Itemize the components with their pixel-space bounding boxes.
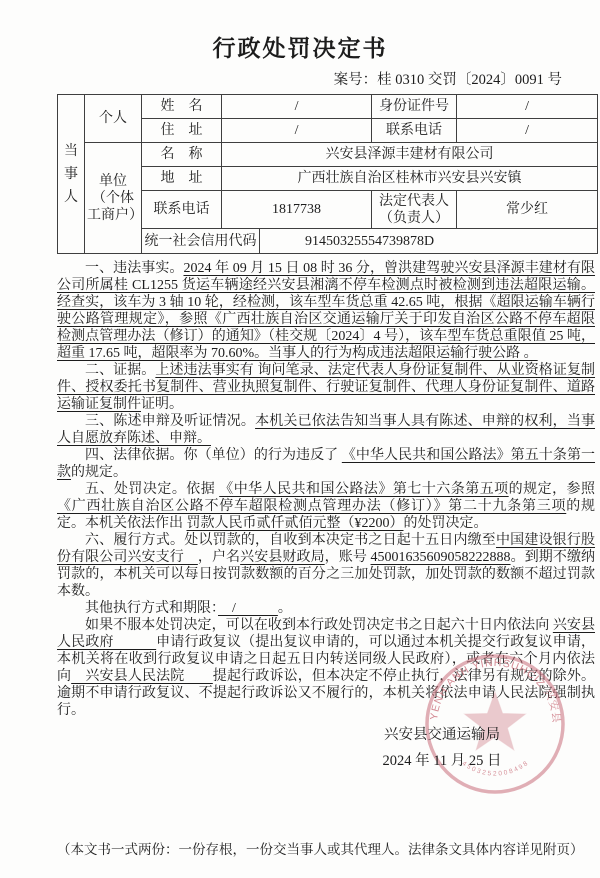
text-run: 的规定，参照 [509,482,595,497]
party-info-table: 当事人 个人 姓 名 / 身份证件号 / 住 址 / 联系电话 / 单位 （个体… [57,94,598,254]
paragraph-other-execution: 其他执行方式和期限： / 。 [57,600,595,617]
org-phone-value: 1817738 [222,191,372,229]
text-run: 五、处罚决定。依据 [85,482,219,497]
text-run: ，账号 [325,550,371,565]
org-group-cell: 单位 （个体 工商户） [85,143,142,254]
table-row: 当事人 个人 姓 名 / 身份证件号 / [58,95,598,119]
individual-id-value: / [457,95,598,119]
individual-residence-value: / [222,119,372,143]
penalty-decision-document: 行政处罚决定书 案号：桂 0310 交罚〔2024〕0091 号 当事人 个人 … [0,0,600,878]
org-name-label: 名 称 [142,143,222,167]
paragraph-evidence: 二、证据。上述违法事实有 询问笔录、法定代表人身份证复制件、从业资格证复制件、授… [57,362,595,413]
individual-id-label: 身份证件号 [372,95,457,119]
legal-rep-value: 常少红 [457,191,598,229]
text-run: 45001635609058222888 [371,550,511,565]
org-group-label-line1: 单位 [87,173,139,190]
individual-phone-value: / [457,119,598,143]
individual-name-label: 姓 名 [142,95,222,119]
text-run: 的处罚决定。 [404,516,488,531]
text-run: 如果不服本处罚决定，可以在收到本行政处罚决定书之日起六十日内依法向 [85,618,553,633]
text-run: 兴安县人民法院 [71,669,213,684]
org-group-label-line3: 工商户） [87,207,139,224]
org-name-value: 兴安县泽源丰建材有限公司 [222,143,598,167]
text-run: 。 [278,601,292,616]
text-run: / [218,601,278,616]
individual-phone-label: 联系电话 [372,119,457,143]
text-run: 兴安县财政局 [240,550,325,565]
text-run: 罚款人民币贰仟贰佰元整（¥2200） [187,516,404,531]
party-side-header: 当事人 [58,95,85,254]
text-run: 其他执行方式和期限： [85,601,218,616]
org-address-label: 地 址 [142,167,222,191]
org-group-label-line2: （个体 [87,190,139,207]
org-address-value: 广西壮族自治区桂林市兴安县兴安镇 [222,167,598,191]
credit-code-label: 统一社会信用代码 [142,229,260,254]
paragraph-performance-method: 六、履行方式。处以罚款的，自收到本决定书之日起十五日内缴至中国建设银行股份有限公… [57,532,595,600]
text-run: 二、证据。 [85,363,155,378]
credit-code-value: 91450325554739878D [260,229,598,254]
document-title: 行政处罚决定书 [0,0,600,63]
text-run: 一、违法事实。 [85,261,184,276]
footer-note: （本文书一式两份：一份存根，一份交当事人或其代理人。法律条文具体内容详见附页） [57,838,595,858]
table-row: 单位 （个体 工商户） 名 称 兴安县泽源丰建材有限公司 [58,143,598,167]
text-run: 的规定。 [71,465,127,480]
legal-rep-label-line1: 法定代表人 [374,193,454,210]
text-run: ，户名 [198,550,240,565]
party-side-header-label: 当事人 [64,140,78,209]
closing-agency: 兴安县交通运输局 [332,722,552,748]
closing-date: 2024 年 11 月 25 日 [332,748,552,774]
paragraph-illegal-facts: 一、违法事实。2024 年 09 月 15 日 08 时 36 分，曾洪建驾驶兴… [57,260,595,362]
text-run: 2024 年 09 月 15 日 08 时 36 分，曾洪建驾驶兴安县泽源丰建材… [57,261,595,361]
legal-rep-label: 法定代表人 （负责人） [372,191,457,229]
text-run: 《中华人民共和国公路法》第七十六条第五项 [219,482,508,497]
legal-rep-label-line2: （负责人） [374,210,454,227]
paragraph-statement-defense: 三、陈述申辩及听证情况。本机关已依法告知当事人具有陈述、申辩的权利，当事人自愿放… [57,413,595,447]
individual-residence-label: 住 址 [142,119,222,143]
paragraph-penalty-decision: 五、处罚决定。依据 《中华人民共和国公路法》第七十六条第五项的规定，参照 《广西… [57,481,595,532]
org-phone-label: 联系电话 [142,191,222,229]
closing-block: 兴安县交通运输局 2024 年 11 月 25 日 [332,722,552,774]
case-number: 案号：桂 0310 交罚〔2024〕0091 号 [0,68,600,89]
text-run: 三、陈述申辩及听证情况。 [85,414,255,429]
text-run: 证明。 [141,397,183,412]
text-run: 《广西壮族自治区公路不停车超限检测点管理办法（修订）》第二十九条第三项 [57,499,566,514]
paragraph-legal-basis: 四、法律依据。你（单位）的行为违反了 《中华人民共和国公路法》第五十条第一款的规… [57,447,595,481]
individual-group-label: 个人 [99,111,127,126]
text-run: 六、履行方式。处以罚款的，自收到本决定书之日起十五日内缴至 [85,533,496,548]
individual-group-cell: 个人 [85,95,142,143]
individual-name-value: / [222,95,372,119]
text-run: 四、法律依据。你（单位）的行为违反了 [85,448,342,463]
